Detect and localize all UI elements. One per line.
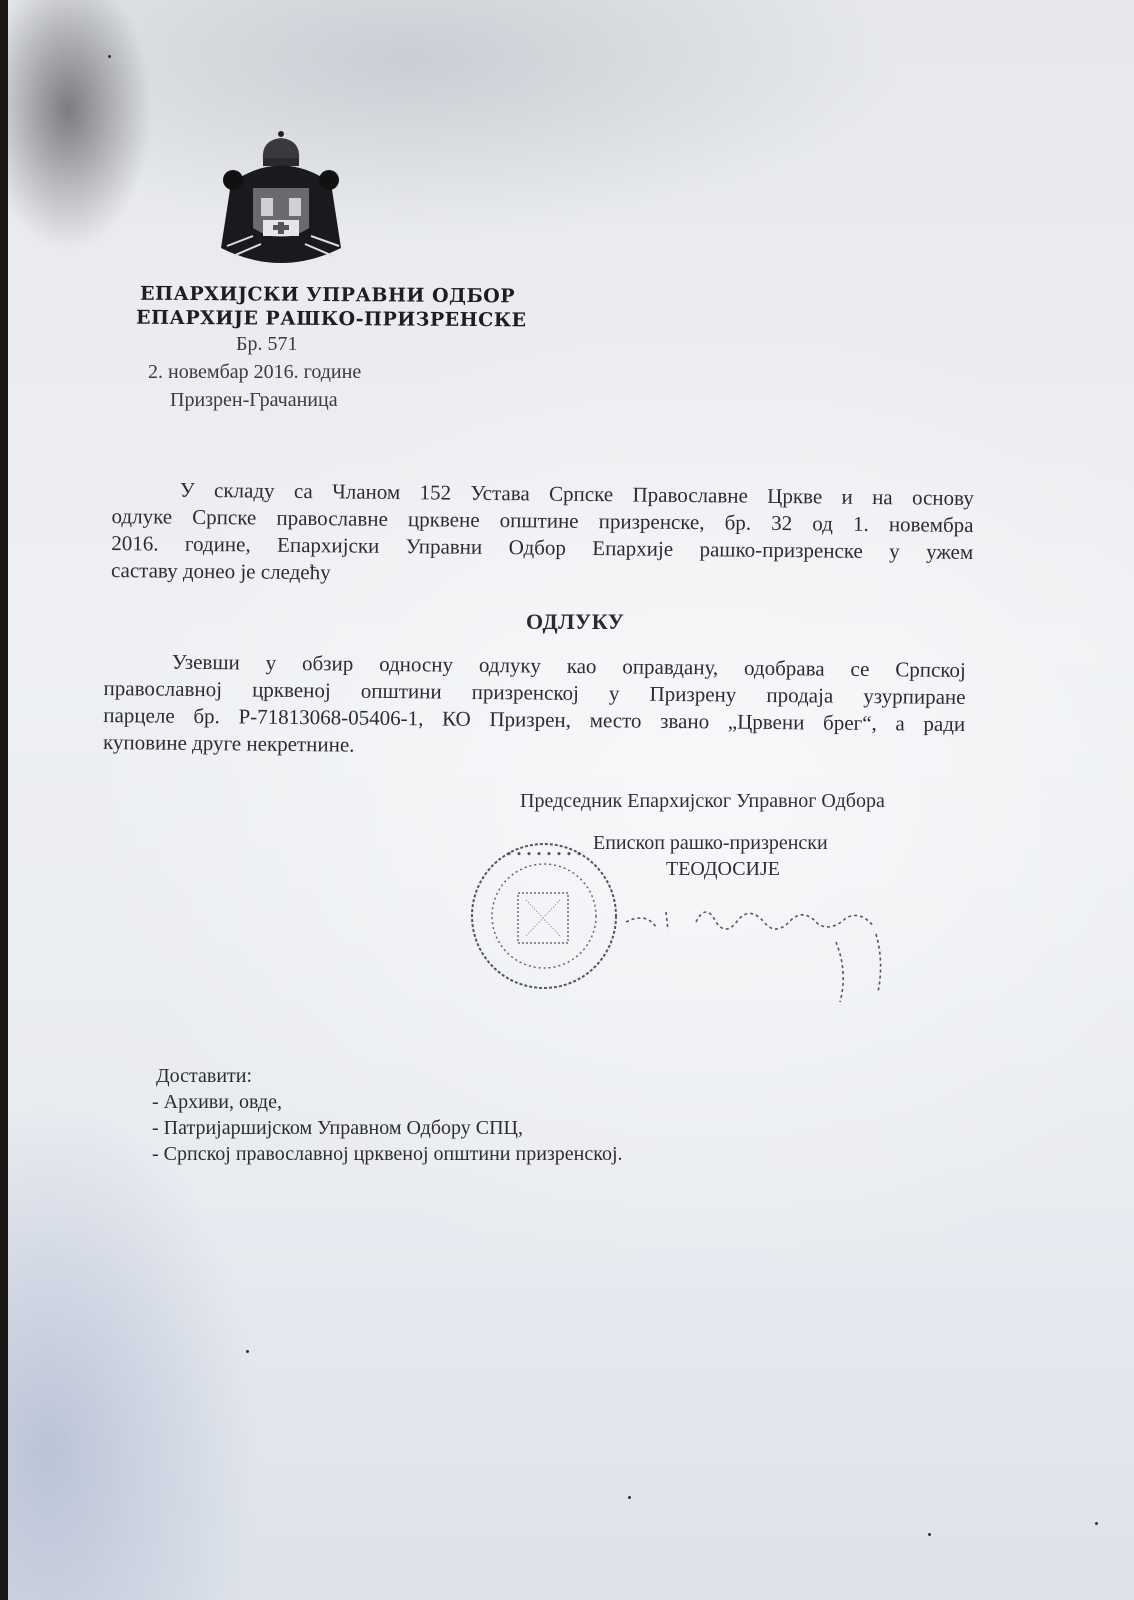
official-seal-icon: • • • • • • • • bbox=[466, 838, 626, 993]
signatory-role: Епископ рашко-призренски bbox=[593, 832, 828, 855]
decision-paragraph: Узевши у обзир односну одлуку као оправд… bbox=[103, 648, 966, 765]
document-page: ЕПАРХИЈСКИ УПРАВНИ ОДБОР ЕПАРХИЈЕ РАШКО-… bbox=[8, 0, 1134, 1600]
handwritten-signature bbox=[626, 882, 916, 1012]
paper-speck bbox=[628, 1496, 631, 1499]
distribution-item: - Патријаршијском Управном Одбору СПЦ, bbox=[152, 1115, 523, 1141]
paper-speck bbox=[108, 55, 111, 58]
signatory-title: Председник Епархијског Управног Одбора bbox=[520, 790, 885, 813]
paper-speck bbox=[928, 1533, 931, 1536]
paper-speck bbox=[246, 1350, 249, 1353]
letterhead-line-1: ЕПАРХИЈСКИ УПРАВНИ ОДБОР bbox=[140, 283, 515, 308]
letterhead-line-2: ЕПАРХИЈЕ РАШКО-ПРИЗРЕНСКЕ bbox=[136, 307, 527, 332]
signatory-name: ТЕОДОСИЈЕ bbox=[666, 858, 780, 881]
distribution-heading: Доставити: bbox=[156, 1063, 252, 1089]
coat-of-arms-icon bbox=[213, 128, 353, 273]
intro-paragraph: У складу са Чланом 152 Устава Српске Пра… bbox=[111, 476, 974, 593]
distribution-item: - Архиви, овде, bbox=[152, 1089, 282, 1115]
svg-text:• • • • • • • •: • • • • • • • • bbox=[506, 848, 582, 861]
document-number: Бр. 571 bbox=[236, 333, 297, 356]
document-date: 2. новембар 2016. године bbox=[148, 361, 361, 384]
distribution-item: - Српској православној црквеној општини … bbox=[152, 1141, 623, 1167]
decision-title: ОДЛУКУ bbox=[526, 609, 624, 635]
document-place: Призрен-Грачаница bbox=[170, 389, 338, 412]
paper-speck bbox=[1095, 1522, 1098, 1525]
